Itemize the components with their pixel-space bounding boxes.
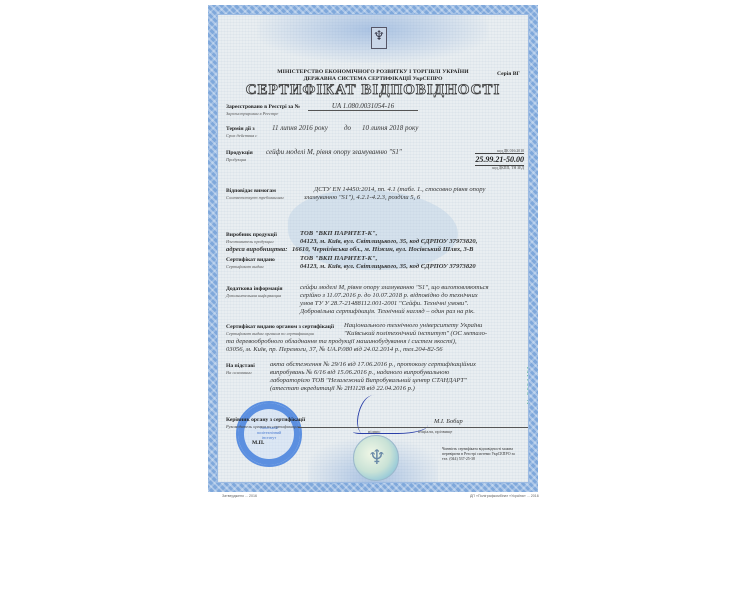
product-code-block: код ДК 016:2010 25.99.21-50.00 код ДКПП,…: [475, 149, 524, 170]
production-address: 16610, Чернігівська обл., м. Ніжин, вул.…: [292, 246, 473, 254]
issued-to-address: 04123, м. Київ, вул. Світлицького, 35, к…: [300, 263, 476, 271]
issued-to-name: ТОВ "ВКП ПАРИТЕТ-К",: [300, 255, 377, 263]
registry-label: Зареєстровано в Реєстрі за №: [226, 104, 300, 110]
manufacturer-label: Виробник продукції: [226, 232, 277, 238]
certificate-body: ♆ МІНІСТЕРСТВО ЕКОНОМІЧНОГО РОЗВИТКУ І Т…: [217, 14, 529, 483]
official-stamp: Київський політехнічний інститут: [236, 401, 302, 467]
basis-row: На підставі На основании акта обстеження…: [226, 362, 520, 398]
signatory-name: М.І. Бобир: [434, 418, 463, 425]
certification-body-row: Сертифікат видано органом з сертифікації…: [226, 323, 520, 359]
manufacturer-name: ТОВ "ВКП ПАРИТЕТ-К",: [300, 230, 377, 238]
issued-to-sublabel: Сертификат выдан: [226, 264, 264, 269]
validity-row: Термін дії з Срок действия с 11 липня 20…: [226, 125, 520, 139]
registry-sublabel: Зарегистрирован в Реестре: [226, 111, 278, 116]
product-sublabel: Продукция: [226, 157, 246, 162]
requirements-row: Відповідає вимогам Соответствует требова…: [226, 187, 520, 207]
additional-info-label: Додаткова інформація: [226, 286, 283, 292]
cert-body-line4: 03056, м. Київ, пр. Перемоги, 37, № UA.P…: [226, 346, 443, 354]
signature-line: [298, 427, 528, 428]
additional-line3: умов ТУ У 28.7-21488112.001-2001 "Сейфи.…: [300, 300, 469, 308]
requirements-line1: ДСТУ EN 14450:2014, пп. 4.1 (табл. 1., с…: [314, 186, 485, 194]
certificate-title: СЕРТИФІКАТ ВІДПОВІДНОСТІ: [218, 82, 528, 99]
requirements-label: Відповідає вимогам: [226, 188, 276, 194]
additional-line2: серійно з 11.07.2016 р. до 10.07.2018 р.…: [300, 292, 478, 300]
registry-row: Зареєстровано в Реєстрі за № Зарегистрир…: [226, 103, 520, 117]
basis-line3: лабораторією ТОВ "Незалежний Випробуваль…: [270, 377, 467, 385]
signature: [353, 411, 428, 434]
sign-caption: підпис: [368, 429, 380, 434]
validity-sublabel: Срок действия с: [226, 133, 257, 138]
registry-number: UA 1.080.0031054-16: [308, 102, 418, 111]
product-code: 25.99.21-50.00: [475, 153, 524, 166]
name-caption: ініціали, прізвище: [418, 429, 452, 434]
valid-to-word: до: [344, 124, 351, 132]
validity-label: Термін дії з: [226, 126, 255, 132]
verification-note: Чинність сертифіката відповідності можна…: [442, 447, 522, 462]
product-value: сейфи моделі М, рівня опору зламуванню "…: [266, 148, 402, 156]
cert-body-line1: Національного технічного університету Ук…: [344, 322, 482, 330]
additional-line1: сейфи моделі М, рівня опору зламуванню "…: [300, 284, 489, 292]
additional-info-sublabel: Дополнительная информация: [226, 293, 281, 298]
signatory-sublabel: Руководитель органа по сертификации: [226, 424, 300, 429]
basis-line4: (атестат акредитації № 2Н1128 від 22.04.…: [270, 385, 415, 393]
requirements-line2: зламуванню "S1"), 4.2.1-4.2.3, розділи 5…: [304, 194, 420, 202]
hologram-seal: ♆: [353, 435, 399, 481]
manufacturer-address: 04123, м. Київ, вул. Світлицького, 35, к…: [300, 238, 477, 246]
product-label: Продукція: [226, 150, 253, 156]
serial-number: № 5664451: [526, 365, 529, 404]
seal-label: М.П.: [252, 440, 264, 446]
valid-from: 11 липня 2016 року: [272, 124, 328, 132]
valid-to: 10 липня 2018 року: [362, 124, 418, 132]
issued-to-row: Сертифікат видано Сертификат выдан ТОВ "…: [226, 256, 520, 276]
production-address-label: адреса виробництва:: [226, 246, 287, 254]
basis-sublabel: На основании: [226, 370, 252, 375]
cert-body-label: Сертифікат видано органом з сертифікації: [226, 324, 334, 330]
basis-line1: акта обстеження № 29/16 від 17.06.2016 р…: [270, 361, 476, 369]
additional-info-row: Додаткова інформація Дополнительная инфо…: [226, 285, 520, 319]
hologram-trident-icon: ♆: [368, 445, 386, 469]
footer-right: ДП «Поліграфкомбінат «Україна» ... 2016: [470, 494, 539, 498]
cert-body-line2: "Київський політехнічний інститут" (ОС м…: [344, 330, 487, 338]
issued-to-label: Сертифікат видано: [226, 257, 275, 263]
footer-left: Затверджено ... 2016: [222, 494, 257, 498]
manufacturer-sublabel: Изготовитель продукции: [226, 239, 274, 244]
product-code-bottom-label: код ДКПП, ТН ЗЕД: [475, 166, 524, 170]
basis-line2: випробувань № 6/16 від 15.06.2016 р., на…: [270, 369, 449, 377]
series-label: Серія ВГ: [497, 71, 520, 77]
certificate: ♆ МІНІСТЕРСТВО ЕКОНОМІЧНОГО РОЗВИТКУ І Т…: [208, 5, 538, 492]
cert-body-sublabel: Сертификат выдан органом по сертификации: [226, 331, 314, 336]
requirements-sublabel: Соответствует требованиям: [226, 195, 284, 200]
cert-body-line3: та деревообробного обладнання та продукц…: [226, 338, 457, 346]
additional-line4: Добровільна сертифікація. Технічний нагл…: [300, 308, 475, 316]
coat-of-arms-icon: ♆: [371, 27, 387, 49]
basis-label: На підставі: [226, 363, 255, 369]
ministry-header: МІНІСТЕРСТВО ЕКОНОМІЧНОГО РОЗВИТКУ І ТОР…: [218, 69, 528, 75]
signatory-label: Керівник органу з сертифікації: [226, 417, 305, 423]
